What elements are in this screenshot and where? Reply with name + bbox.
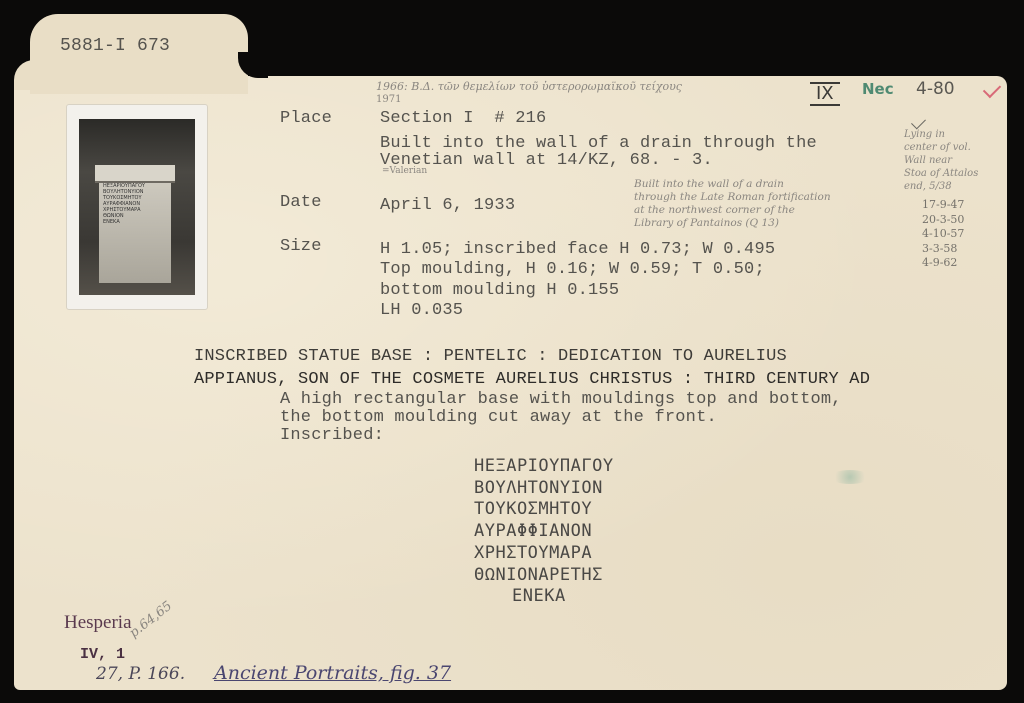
inventory-dates: 17-9-47 20-3-50 4-10-57 3-3-58 4-9-62 <box>922 198 964 271</box>
place-section: Section I # 216 <box>380 108 546 129</box>
inscription-line-1: ΗΕΞΑΡΙΟΥΠΑΓΟΥ <box>474 455 614 477</box>
journal-volume: IV, 1 <box>80 646 125 663</box>
artifact-photo: ΗΕΞΑΡΙΟΥΠΑΓΟΥ ΒΟΥΛΗΤΟΝΥΙΟΝ ΤΟΥΚΟΣΜΗΤΟΥ Α… <box>66 104 208 310</box>
title-line-1: INSCRIBED STATUE BASE : PENTELIC : DEDIC… <box>194 346 787 367</box>
page-reference: 27, P. 166. <box>96 664 185 684</box>
greek-annotation: 1966: Β.Δ. τῶν θεμελίων τοῦ ὑστερορωμαϊκ… <box>376 80 682 93</box>
photo-inscription: ΗΕΞΑΡΙΟΥΠΑΓΟΥ ΒΟΥΛΗΤΟΝΥΙΟΝ ΤΟΥΚΟΣΜΗΤΟΥ Α… <box>103 183 167 225</box>
inscription-line-2: ΒΟΥΛΗΤΟΝΥΙΟΝ <box>474 477 603 499</box>
photo-image: ΗΕΞΑΡΙΟΥΠΑΓΟΥ ΒΟΥΛΗΤΟΝΥΙΟΝ ΤΟΥΚΟΣΜΗΤΟΥ Α… <box>79 119 195 295</box>
ink-stain <box>830 470 870 484</box>
label-size: Size <box>280 236 322 257</box>
journal-name: Hesperia <box>64 612 132 634</box>
boxed-numeral: IX <box>810 82 840 106</box>
inscription-line-7: ΕΝΕΚΑ <box>512 585 566 607</box>
inscription-line-5: ΧΡΗΣΤΟΥΜΑΡΑ <box>474 542 592 564</box>
size-line-1: H 1.05; inscribed face H 0.73; W 0.495 <box>380 239 775 260</box>
year-annotation: 1971 <box>376 94 401 105</box>
findspot-note: Built into the wall of a drain through t… <box>634 178 831 230</box>
inscription-line-6: ΘΩΝΙΟΝΑΡΕΤΗΣ <box>474 564 603 586</box>
label-date: Date <box>280 192 322 213</box>
catalog-number: 5881-I 673 <box>60 36 170 57</box>
statue-base-moulding <box>95 165 175 183</box>
date-value: April 6, 1933 <box>380 195 515 216</box>
label-place: Place <box>280 108 332 129</box>
size-line-2: Top moulding, H 0.16; W 0.59; T 0.50; <box>380 259 765 280</box>
location-note: Lying in center of vol. Wall near Stoa o… <box>904 128 978 193</box>
portrait-reference: Ancient Portraits, fig. 37 <box>214 662 451 684</box>
green-stamp: Nec <box>862 80 894 98</box>
title-line-2: APPIANUS, SON OF THE COSMETE AURELIUS CH… <box>194 369 870 390</box>
size-line-4: LH 0.035 <box>380 300 463 321</box>
top-date: 4-80 <box>916 79 955 99</box>
description-line-3: Inscribed: <box>280 425 384 446</box>
valerian-note: =Valerian <box>382 166 427 176</box>
size-line-3: bottom moulding H 0.155 <box>380 280 619 301</box>
inscription-line-3: ΤΟΥΚΟΣΜΗΤΟΥ <box>474 498 592 520</box>
inscription-line-4: ΑΥΡΑΦΦΙΑΝΟΝ <box>474 520 592 542</box>
place-line-2: Venetian wall at 14/KZ, 68. - 3. <box>380 150 713 171</box>
